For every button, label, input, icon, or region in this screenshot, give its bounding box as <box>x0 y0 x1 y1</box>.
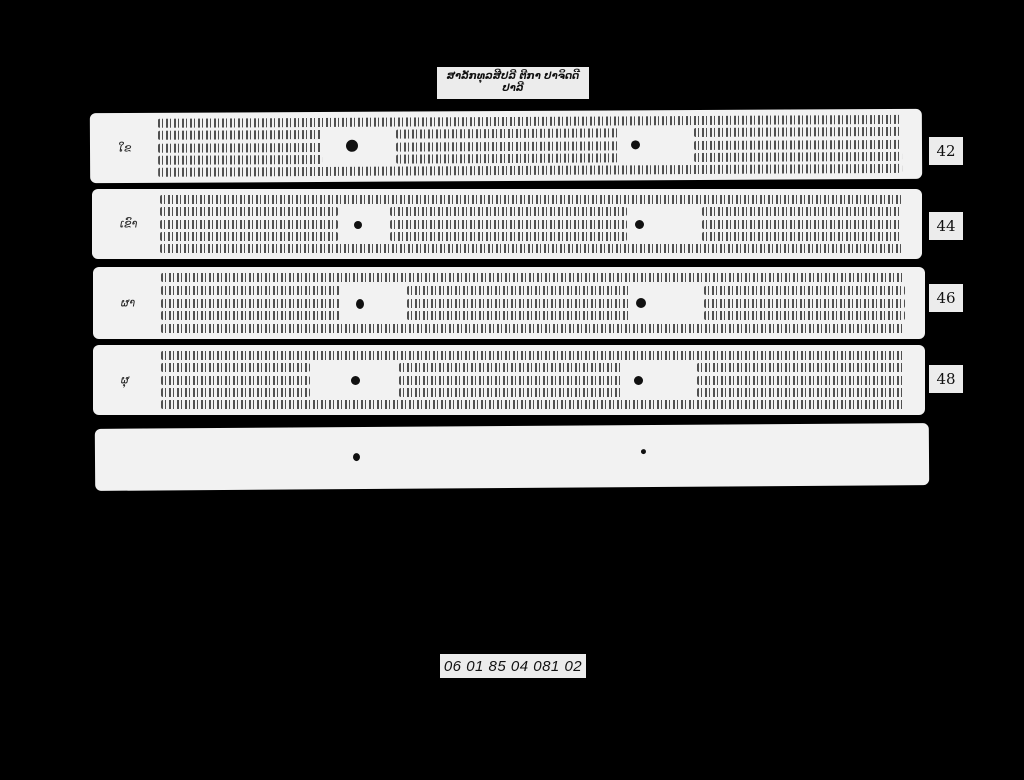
script-line <box>160 220 902 229</box>
script-line <box>160 244 902 253</box>
binding-hole <box>634 376 643 385</box>
script-line <box>161 311 905 320</box>
script-line <box>161 273 905 282</box>
script-line <box>160 207 902 216</box>
script-line <box>161 400 905 409</box>
page-number-tag: 46 <box>929 284 963 312</box>
script-text-block <box>161 351 905 409</box>
binding-hole <box>351 376 360 385</box>
binding-hole <box>636 298 646 308</box>
page-number-tag: 48 <box>929 365 963 393</box>
binding-hole <box>354 221 362 229</box>
script-line <box>158 139 902 152</box>
palm-leaf-1: ໃຂ <box>90 109 922 183</box>
binding-hole <box>631 140 640 149</box>
manuscript-title-card: ສາລັກທຸລສີປລີ ຕີກາ ປາຈິດດີ ປາລີ <box>437 67 589 99</box>
page-number-tag: 42 <box>929 137 963 165</box>
palm-leaf-2: ເຂົາ <box>92 189 922 259</box>
script-text-block <box>161 273 905 333</box>
script-line <box>158 164 902 177</box>
script-line <box>160 232 902 241</box>
script-line <box>161 376 905 385</box>
binding-hole <box>346 140 358 152</box>
palm-leaf-4: ຜຸ <box>93 345 925 415</box>
script-line <box>158 152 902 165</box>
folio-label: ເຂົາ <box>120 218 137 231</box>
folio-label: ໃຂ <box>118 141 132 154</box>
script-text-block <box>158 115 902 177</box>
title-line-2: ປາລີ <box>502 83 523 95</box>
folio-label: ຜາ <box>121 297 135 310</box>
title-line-1: ສາລັກທຸລສີປລີ ຕີກາ ປາຈິດດີ <box>447 71 579 83</box>
binding-hole <box>641 449 646 454</box>
script-line <box>161 363 905 372</box>
script-line <box>158 127 902 140</box>
script-line <box>160 195 902 204</box>
microfilm-reference-code: 06 01 85 04 081 02 <box>440 654 586 678</box>
script-line <box>161 324 905 333</box>
script-line <box>161 351 905 360</box>
script-text-block <box>160 195 902 253</box>
binding-hole <box>353 453 360 461</box>
script-line <box>161 388 905 397</box>
binding-hole <box>635 220 644 229</box>
palm-leaf-3: ຜາ <box>93 267 925 339</box>
page-number-tag: 44 <box>929 212 963 240</box>
folio-label: ຜຸ <box>121 374 129 387</box>
binding-hole <box>356 299 364 309</box>
palm-leaf-blank <box>95 423 929 491</box>
script-line <box>161 299 905 308</box>
script-line <box>158 115 902 128</box>
script-line <box>161 286 905 295</box>
